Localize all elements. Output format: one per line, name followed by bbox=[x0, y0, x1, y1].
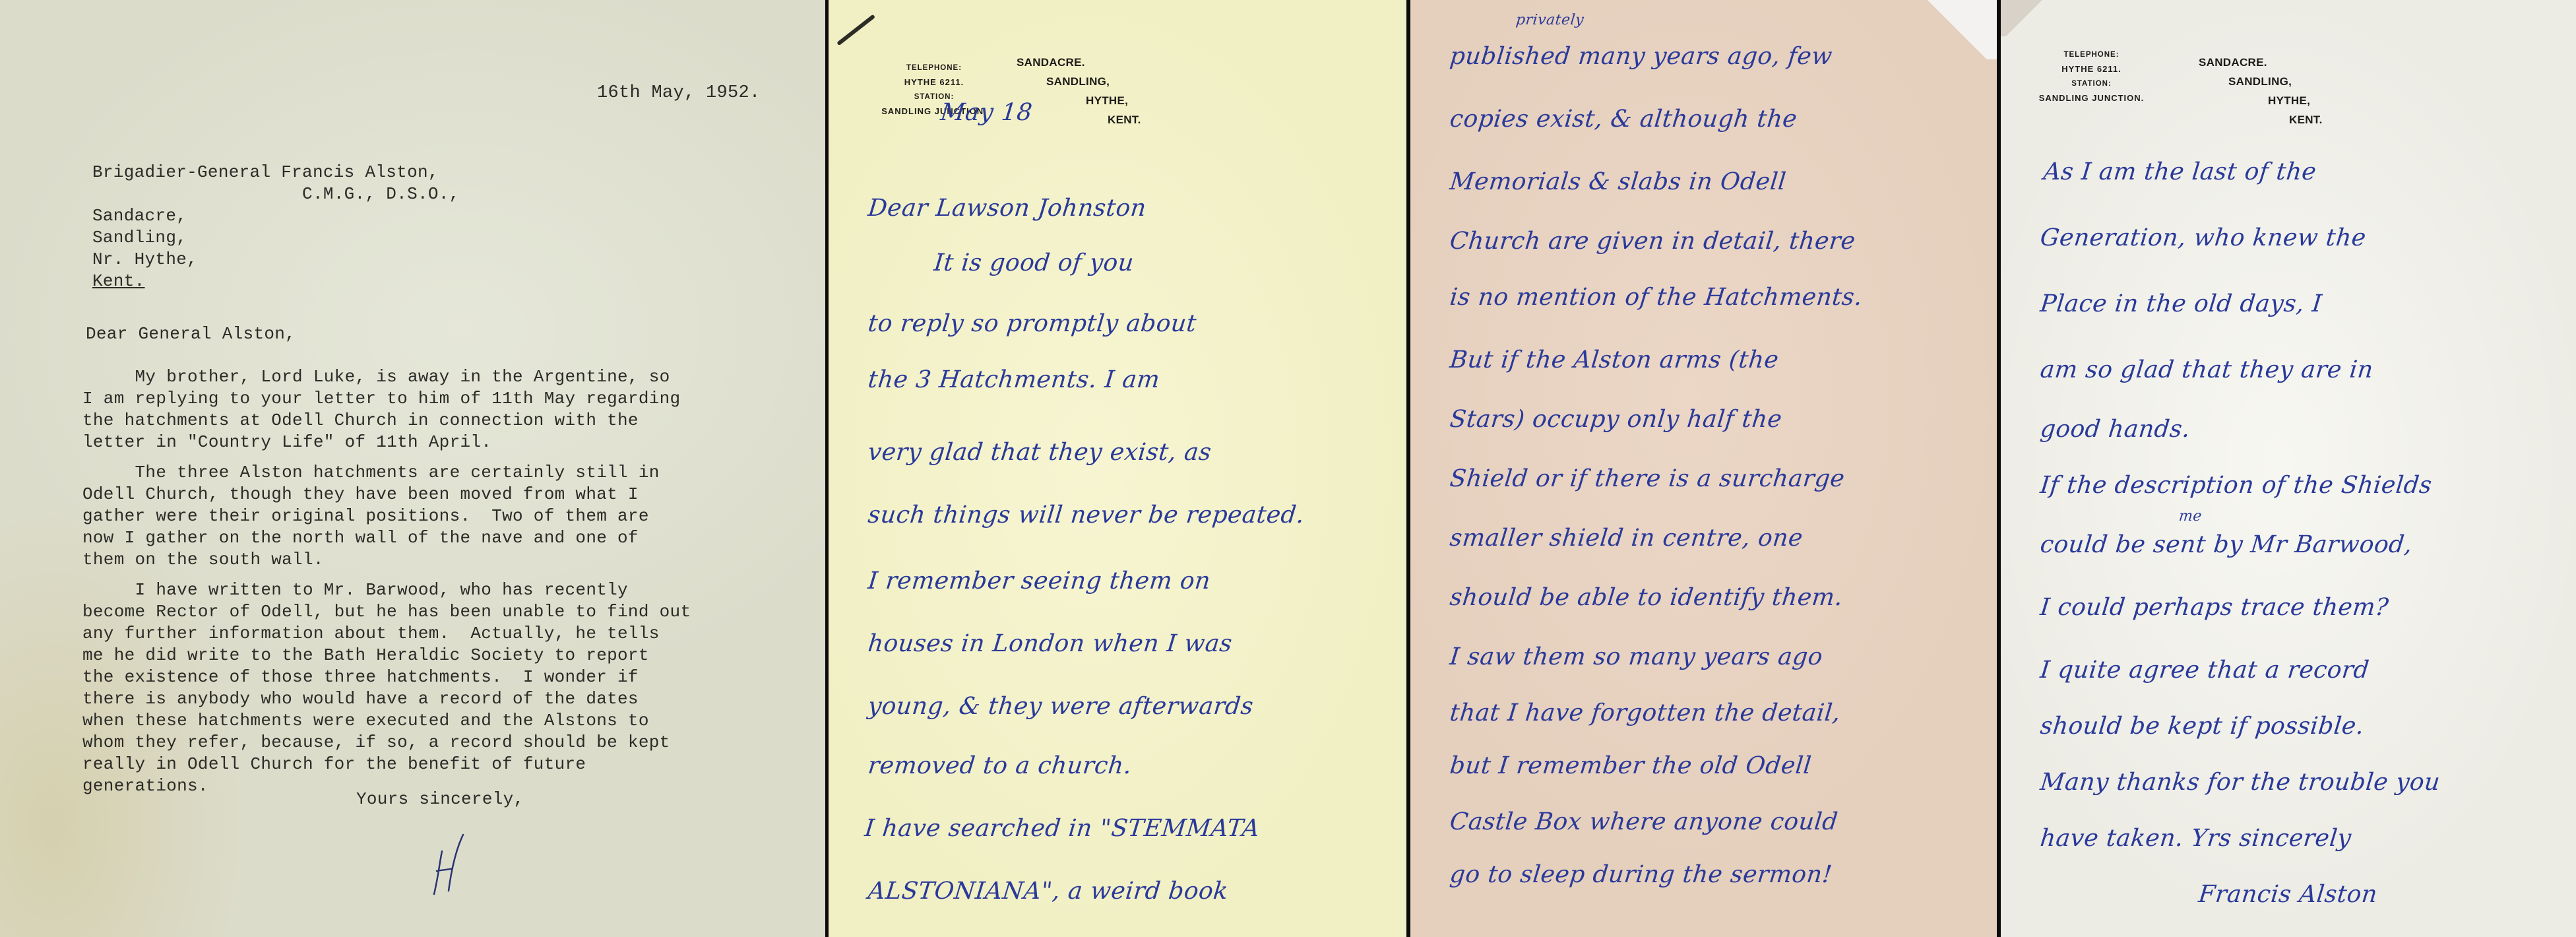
handwritten-page-3: TELEPHONE: HYTHE 6211. STATION: SANDLING… bbox=[2001, 0, 2576, 937]
hand-line: published many years ago, few bbox=[1449, 43, 1834, 70]
hand-line: It is good of you bbox=[933, 249, 1135, 276]
text-line: now I gather on the north wall of the na… bbox=[82, 527, 821, 549]
insertion-text: me bbox=[2178, 508, 2203, 525]
hand-line: Many thanks for the trouble you bbox=[2039, 769, 2441, 796]
hand-line: the 3 Hatchments. I am bbox=[867, 366, 1161, 393]
closing: Yours sincerely, bbox=[356, 789, 524, 810]
folded-corner bbox=[1918, 0, 1997, 59]
hand-line: to reply so promptly about bbox=[867, 310, 1198, 337]
hand-line: am so glad that they are in bbox=[2039, 356, 2375, 383]
hand-line: Memorials & slabs in Odell bbox=[1449, 168, 1788, 195]
text-line: I am replying to your letter to him of 1… bbox=[82, 388, 821, 410]
text-line: gather were their original positions. Tw… bbox=[82, 505, 821, 527]
hand-line: should be kept if possible. bbox=[2039, 713, 2366, 740]
letters-strip: 16th May, 1952. Brigadier-General Franci… bbox=[0, 0, 2576, 937]
letterhead-station-label: STATION: bbox=[2030, 77, 2152, 91]
hand-line: I quite agree that a record bbox=[2039, 657, 2371, 684]
letterhead-line: HYTHE, bbox=[1086, 91, 1141, 110]
text-line: I have written to Mr. Barwood, who has r… bbox=[82, 579, 821, 601]
paragraph-2: The three Alston hatchments are certainl… bbox=[82, 462, 821, 571]
hand-line: Dear Lawson Johnston bbox=[867, 195, 1148, 222]
address-line: Kent. bbox=[92, 271, 460, 292]
addressee-name: Brigadier-General Francis Alston, bbox=[92, 162, 460, 183]
signature-icon bbox=[429, 831, 468, 904]
address-line: Nr. Hythe, bbox=[92, 249, 460, 271]
hand-line: Castle Box where anyone could bbox=[1449, 808, 1839, 835]
text-line: me he did write to the Bath Heraldic Soc… bbox=[82, 645, 821, 666]
hand-line: I could perhaps trace them? bbox=[2039, 594, 2390, 621]
hand-line: should be able to identify them. bbox=[1449, 584, 1844, 611]
insertion-text: privately bbox=[1515, 12, 1585, 28]
hand-line: But if the Alston arms (the bbox=[1449, 346, 1780, 373]
typed-letter-page: 16th May, 1952. Brigadier-General Franci… bbox=[0, 0, 825, 937]
letterhead-line: SANDACRE. bbox=[2199, 53, 2323, 72]
hand-line: copies exist, & although the bbox=[1449, 106, 1798, 133]
text-line: whom they refer, because, if so, a recor… bbox=[82, 732, 821, 754]
paragraph-1: My brother, Lord Luke, is away in the Ar… bbox=[82, 366, 821, 453]
addressee-honours: C.M.G., D.S.O., bbox=[92, 183, 460, 205]
text-line: really in Odell Church for the benefit o… bbox=[82, 754, 821, 775]
hand-line: As I am the last of the bbox=[2042, 158, 2318, 185]
handwritten-page-2: privately published many years ago, few … bbox=[1410, 0, 1997, 937]
salutation: Dear General Alston, bbox=[86, 323, 296, 345]
letterhead-line: SANDLING, bbox=[2228, 72, 2323, 91]
hand-line: houses in London when I was bbox=[867, 630, 1234, 657]
hand-line: could be sent by Mr Barwood, bbox=[2039, 531, 2414, 558]
letterhead-telephone-label: TELEPHONE: bbox=[2030, 48, 2152, 62]
letterhead-telephone-label: TELEPHONE: bbox=[871, 61, 997, 75]
letter-date: 16th May, 1952. bbox=[597, 82, 761, 104]
hand-line: I remember seeing them on bbox=[867, 567, 1212, 595]
handwritten-date: May 18 bbox=[939, 99, 1034, 126]
hand-line: removed to a church. bbox=[867, 752, 1133, 779]
letterhead-line: SANDLING, bbox=[1046, 72, 1141, 91]
folded-corner bbox=[2001, 0, 2047, 36]
hand-line: I have searched in "STEMMATA bbox=[864, 815, 1261, 842]
hand-line: young, & they were afterwards bbox=[867, 693, 1255, 720]
text-line: My brother, Lord Luke, is away in the Ar… bbox=[82, 366, 821, 388]
hand-line: that I have forgotten the detail, bbox=[1449, 699, 1842, 727]
letterhead-station: SANDLING JUNCTION. bbox=[2030, 91, 2152, 106]
text-line: letter in "Country Life" of 11th April. bbox=[82, 432, 821, 453]
text-line: the existence of those three hatchments.… bbox=[82, 666, 821, 688]
hand-line: go to sleep during the sermon! bbox=[1449, 861, 1834, 888]
hand-line: Generation, who knew the bbox=[2039, 224, 2368, 251]
hand-line: Place in the old days, I bbox=[2039, 290, 2323, 317]
letterhead-line: HYTHE, bbox=[2268, 91, 2323, 110]
address-line: Sandling, bbox=[92, 227, 460, 249]
hand-line: I saw them so many years ago bbox=[1449, 643, 1824, 670]
text-line: any further information about them. Actu… bbox=[82, 623, 821, 645]
hand-line: have taken. Yrs sincerely bbox=[2039, 825, 2353, 852]
hand-line: very glad that they exist, as bbox=[867, 439, 1213, 466]
text-line: become Rector of Odell, but he has been … bbox=[82, 601, 821, 623]
pen-mark bbox=[836, 15, 875, 46]
paragraph-3: I have written to Mr. Barwood, who has r… bbox=[82, 579, 821, 797]
text-line: Odell Church, though they have been move… bbox=[82, 484, 821, 505]
hand-line: Church are given in detail, there bbox=[1449, 228, 1857, 255]
letterhead-telephone: HYTHE 6211. bbox=[2030, 62, 2152, 77]
hand-line: smaller shield in centre, one bbox=[1449, 525, 1804, 552]
letterhead-line: KENT. bbox=[2289, 110, 2323, 129]
text-line: them on the south wall. bbox=[82, 549, 821, 571]
letterhead-line: SANDACRE. bbox=[1017, 53, 1141, 72]
addressee-block: Brigadier-General Francis Alston, C.M.G.… bbox=[92, 162, 460, 292]
letterhead-telephone: HYTHE 6211. bbox=[871, 75, 997, 90]
hand-line: Shield or if there is a surcharge bbox=[1449, 465, 1846, 492]
hand-line: If the description of the Shields bbox=[2039, 472, 2434, 499]
hand-line: such things will never be repeated. bbox=[867, 501, 1306, 529]
letterhead-address: SANDACRE. SANDLING, HYTHE, KENT. bbox=[1017, 53, 1141, 129]
letterhead-line: KENT. bbox=[1108, 110, 1141, 129]
address-line: Sandacre, bbox=[92, 205, 460, 227]
letterhead-contact: TELEPHONE: HYTHE 6211. STATION: SANDLING… bbox=[2030, 48, 2152, 106]
text-line: the hatchments at Odell Church in connec… bbox=[82, 410, 821, 432]
text-line: there is anybody who would have a record… bbox=[82, 688, 821, 710]
signature: Francis Alston bbox=[2197, 881, 2379, 908]
hand-line: is no mention of the Hatchments. bbox=[1449, 284, 1864, 311]
hand-line: Stars) occupy only half the bbox=[1449, 406, 1784, 433]
text-line: when these hatchments were executed and … bbox=[82, 710, 821, 732]
hand-line: good hands. bbox=[2039, 416, 2191, 443]
text-line: The three Alston hatchments are certainl… bbox=[82, 462, 821, 484]
handwritten-page-1: TELEPHONE: HYTHE 6211. STATION: SANDLING… bbox=[829, 0, 1406, 937]
hand-line: ALSTONIANA", a weird book bbox=[867, 878, 1230, 905]
hand-line: but I remember the old Odell bbox=[1449, 752, 1813, 779]
letterhead-address: SANDACRE. SANDLING, HYTHE, KENT. bbox=[2199, 53, 2323, 129]
